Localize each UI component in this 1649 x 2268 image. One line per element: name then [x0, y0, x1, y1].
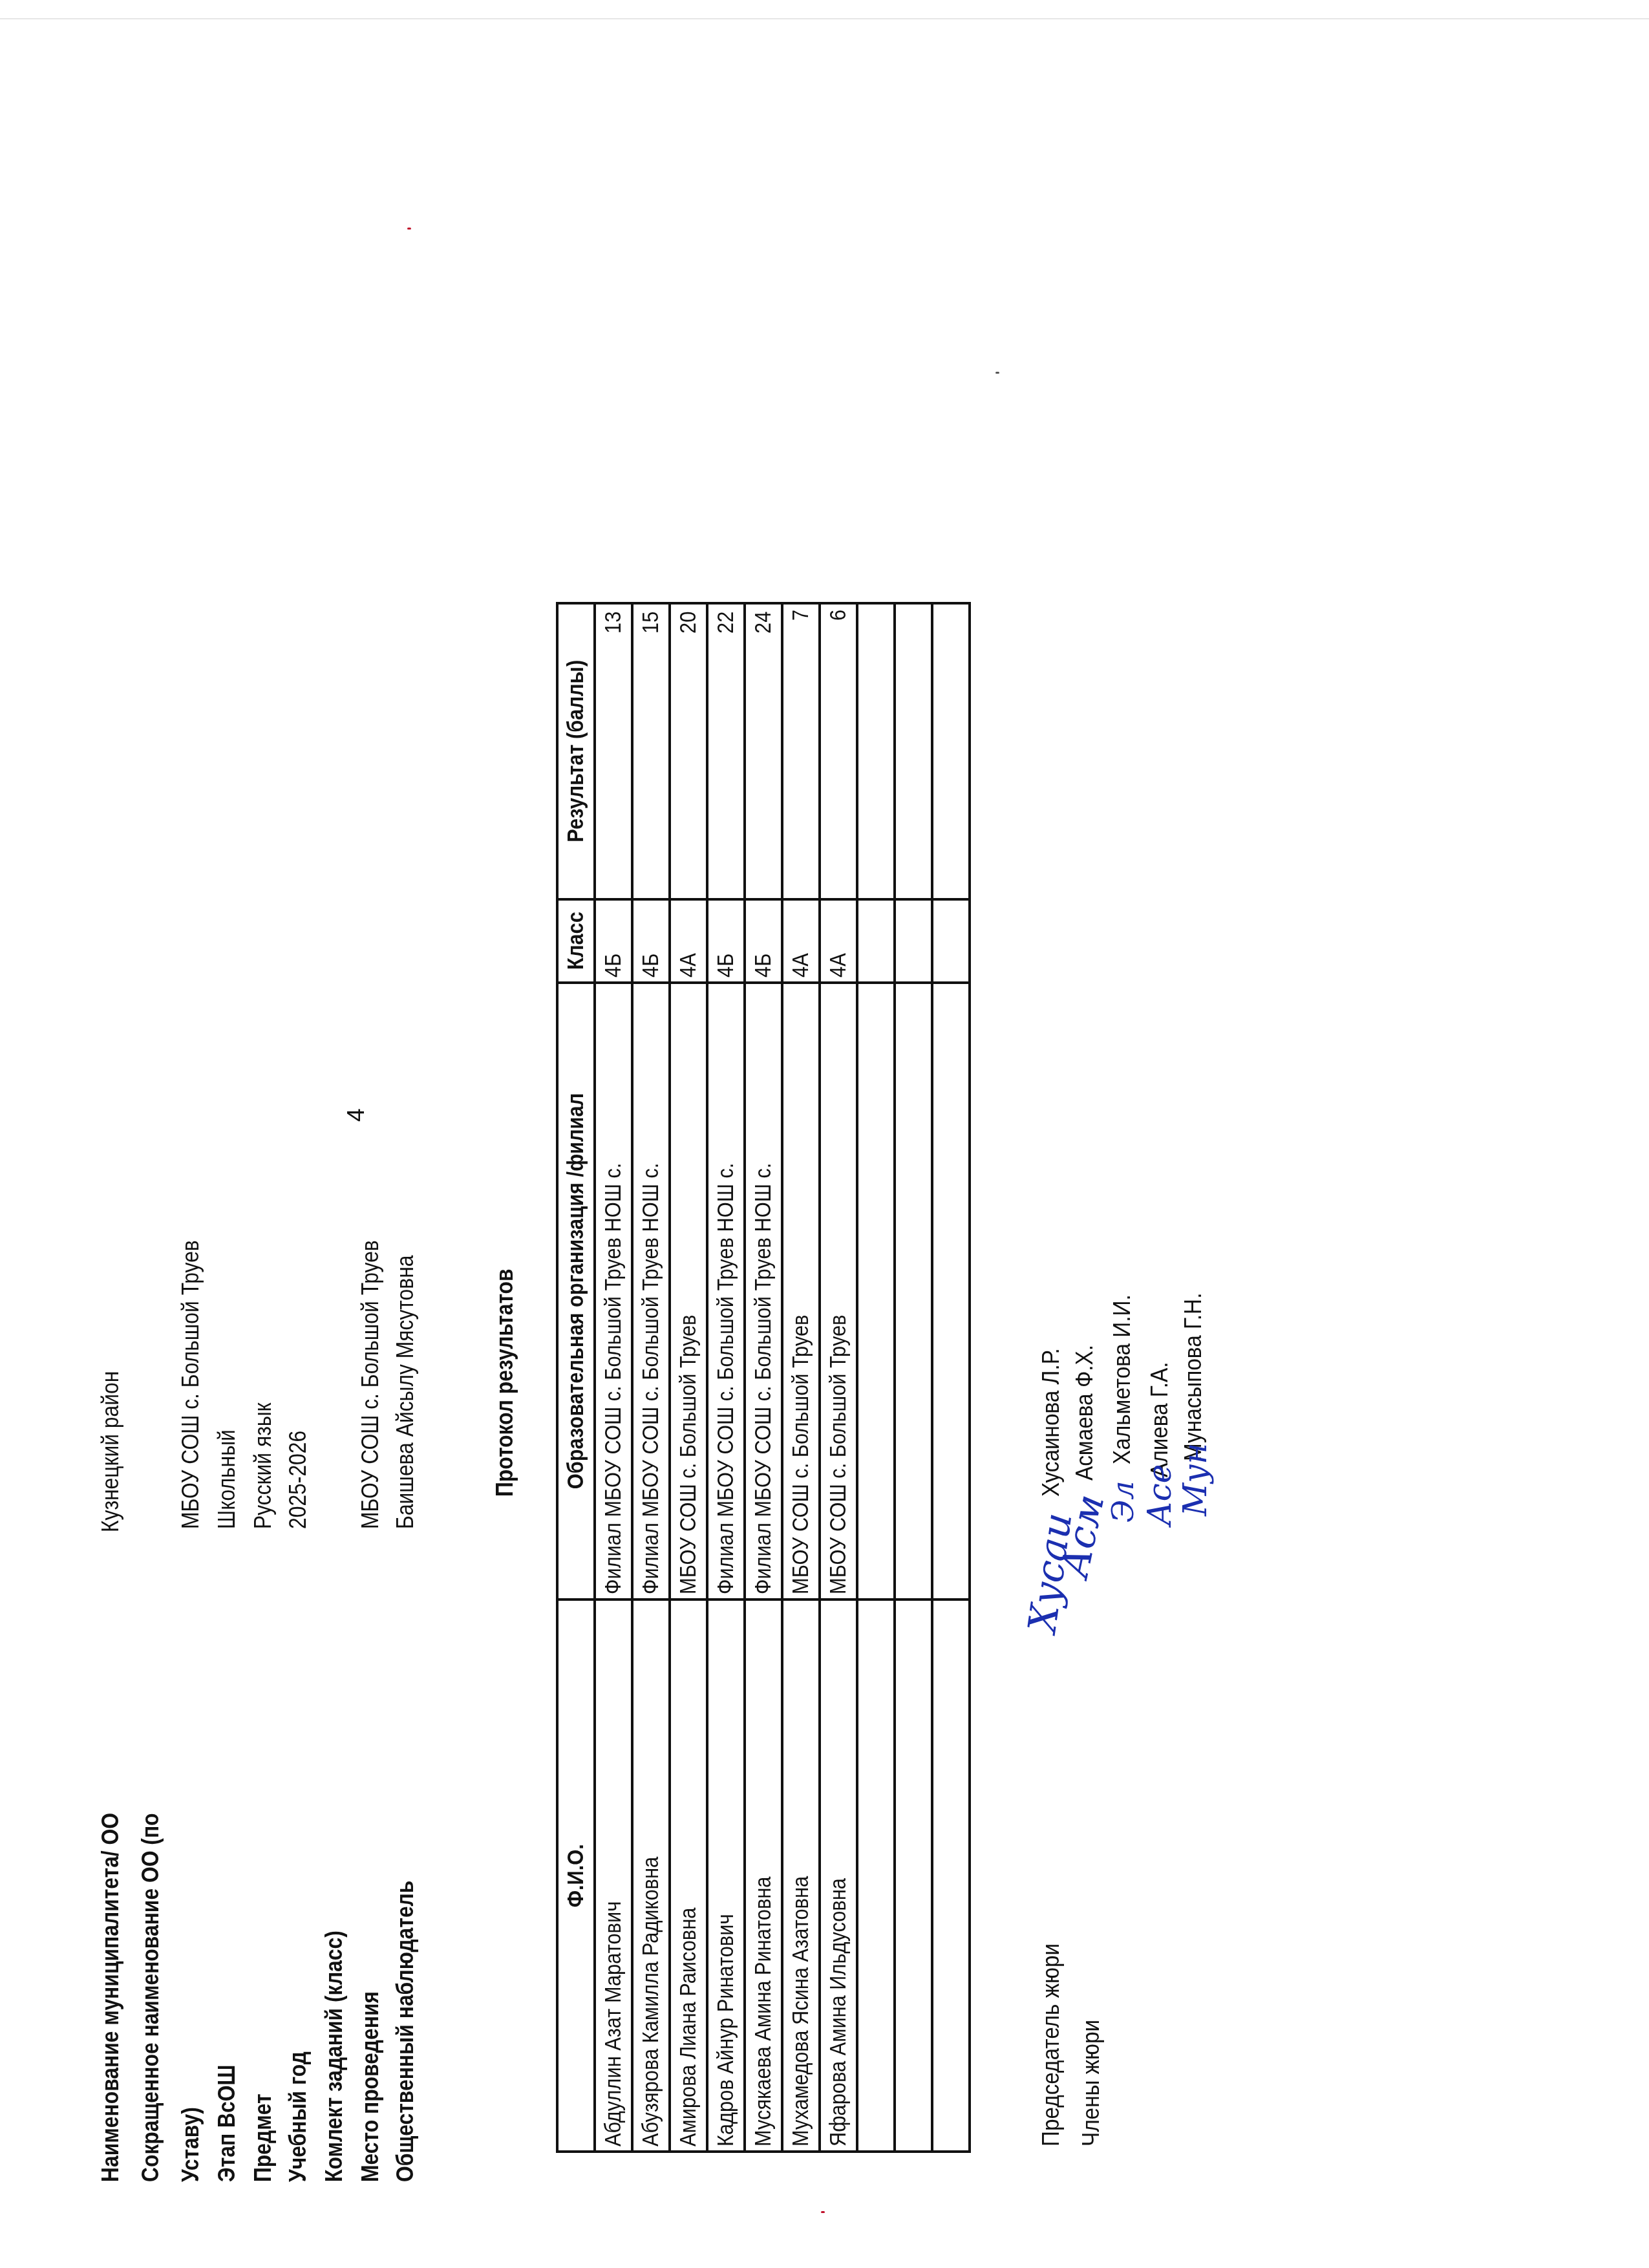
- cell-organization: МБОУ СОШ с. Большой Труев: [782, 983, 820, 1599]
- jury-chair-label: Председатель жюри: [1037, 1943, 1065, 2146]
- column-header-name: Ф.И.О.: [557, 1599, 595, 2152]
- table-row: Мухамедова Ясина АзатовнаМБОУ СОШ с. Бол…: [782, 603, 820, 2152]
- field-label: Общественный наблюдатель: [392, 1881, 419, 2182]
- field-value: Школьный: [213, 1429, 240, 1529]
- field-value: Русский язык: [250, 1402, 277, 1529]
- cell-organization: Филиал МБОУ СОШ с. Большой Труев НОШ с.: [595, 983, 632, 1599]
- field-label: Место проведения: [357, 1991, 384, 2182]
- cell-class: 4А: [782, 899, 820, 983]
- table-row: [895, 603, 932, 2152]
- signature-member: Эл: [1105, 1481, 1140, 1523]
- cell-class: 4Б: [632, 899, 670, 983]
- protocol-title: Протокол результатов: [491, 1268, 518, 1497]
- cell-class: 4Б: [707, 899, 745, 983]
- cell-class: 4Б: [745, 899, 782, 983]
- table-row: Абдуллин Азат МаратовичФилиал МБОУ СОШ с…: [595, 603, 632, 2152]
- field-label: Комлект заданий (класс): [321, 1931, 348, 2182]
- jury-members-label: Члены жюри: [1078, 2020, 1105, 2146]
- signature-member: Асе: [1141, 1464, 1178, 1526]
- table-row: Кадров Айнур РинатовичФилиал МБОУ СОШ с.…: [707, 603, 745, 2152]
- cell-organization: [895, 983, 932, 1599]
- field-label: Сокращенное наименование ОО (по: [137, 1813, 164, 2182]
- table-row: Амирова Лиана РаисовнаМБОУ СОШ с. Большо…: [670, 603, 707, 2152]
- signature-member: Мун: [1176, 1443, 1214, 1516]
- cell-name: Абузярова Камилла Радиковна: [632, 1599, 670, 2152]
- cell-class: [895, 899, 932, 983]
- field-label: Уставу): [177, 2107, 204, 2182]
- jury-member-name: Хальметова И.И.: [1109, 1294, 1136, 1464]
- field-label: Предмет: [250, 2093, 277, 2182]
- field-value: 2025-2026: [284, 1431, 312, 1529]
- jury-member-name: Асмаева Ф.Х.: [1071, 1345, 1098, 1481]
- cell-class: 4А: [820, 899, 857, 983]
- cell-score: [857, 603, 895, 899]
- cell-score: 15: [632, 603, 670, 899]
- field-value: Кузнецкий район: [97, 1371, 124, 1532]
- protocol-sheet: Наименование муниципалитета/ ОО Кузнецки…: [0, 0, 1228, 2198]
- table-header-row: Ф.И.О. Образовательная организация /фили…: [557, 603, 595, 2152]
- cell-organization: Филиал МБОУ СОШ с. Большой Труев НОШ с.: [632, 983, 670, 1599]
- field-value: МБОУ СОШ с. Большой Труев: [357, 1240, 384, 1529]
- cell-class: [932, 899, 970, 983]
- cell-name: [857, 1599, 895, 2152]
- cell-name: Кадров Айнур Ринатович: [707, 1599, 745, 2152]
- table-row: Мусякаева Амина РинатовнаФилиал МБОУ СОШ…: [745, 603, 782, 2152]
- cell-organization: Филиал МБОУ СОШ с. Большой Труев НОШ с.: [707, 983, 745, 1599]
- cell-score: 24: [745, 603, 782, 899]
- cell-class: 4А: [670, 899, 707, 983]
- cell-score: 7: [782, 603, 820, 899]
- cell-organization: [857, 983, 895, 1599]
- cell-organization: [932, 983, 970, 1599]
- scan-speck: [821, 2211, 825, 2213]
- cell-name: Мухамедова Ясина Азатовна: [782, 1599, 820, 2152]
- cell-name: Мусякаева Амина Ринатовна: [745, 1599, 782, 2152]
- jury-member-name: Мунасыпова Г.Н.: [1180, 1293, 1207, 1461]
- cell-name: [895, 1599, 932, 2152]
- field-label: Этап ВсОШ: [213, 2065, 240, 2182]
- cell-organization: МБОУ СОШ с. Большой Труев: [670, 983, 707, 1599]
- cell-class: 4Б: [595, 899, 632, 983]
- field-label: Учебный год: [284, 2051, 312, 2182]
- cell-score: 20: [670, 603, 707, 899]
- field-value: Баишева Айсылу Мясутовна: [392, 1256, 419, 1529]
- cell-score: [932, 603, 970, 899]
- column-header-class: Класс: [557, 899, 595, 983]
- task-set-value: 4: [343, 1108, 370, 1122]
- table-row: Абузярова Камилла РадиковнаФилиал МБОУ С…: [632, 603, 670, 2152]
- results-table: Ф.И.О. Образовательная организация /фили…: [556, 602, 971, 2153]
- cell-organization: Филиал МБОУ СОШ с. Большой Труев НОШ с.: [745, 983, 782, 1599]
- cell-class: [857, 899, 895, 983]
- jury-member-name: Алиева Г.А.: [1146, 1362, 1173, 1477]
- cell-name: Абдуллин Азат Маратович: [595, 1599, 632, 2152]
- column-header-organization: Образовательная организация /филиал: [557, 983, 595, 1599]
- cell-score: 22: [707, 603, 745, 899]
- signature-member: Асм: [1052, 1490, 1113, 1581]
- table-row: [932, 603, 970, 2152]
- cell-organization: МБОУ СОШ с. Большой Труев: [820, 983, 857, 1599]
- field-value: МБОУ СОШ с. Большой Труев: [177, 1240, 204, 1529]
- cell-score: [895, 603, 932, 899]
- column-header-score: Результат (баллы): [557, 603, 595, 899]
- table-row: Яфарова Амина ИльдусовнаМБОУ СОШ с. Боль…: [820, 603, 857, 2152]
- cell-name: [932, 1599, 970, 2152]
- table-row: [857, 603, 895, 2152]
- cell-score: 13: [595, 603, 632, 899]
- cell-name: Яфарова Амина Ильдусовна: [820, 1599, 857, 2152]
- jury-chair-name: Хусаинова Л.Р.: [1037, 1348, 1065, 1497]
- cell-score: 6: [820, 603, 857, 899]
- field-label: Наименование муниципалитета/ ОО: [97, 1813, 124, 2182]
- cell-name: Амирова Лиана Раисовна: [670, 1599, 707, 2152]
